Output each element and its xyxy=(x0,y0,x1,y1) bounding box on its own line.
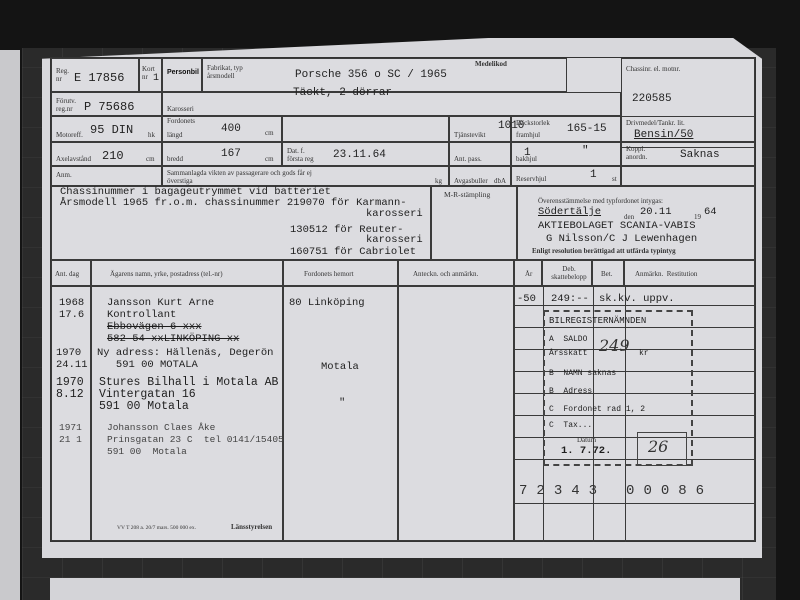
reg-nr-label: Reg. nr xyxy=(56,67,76,83)
tax-note: sk.kv. uppv. xyxy=(599,294,675,306)
anm-label: Anm. xyxy=(56,171,72,179)
col-header: Ägarens namn, yrke, postadress (tel.-nr) xyxy=(91,260,283,286)
header-anteckn: Anteckn. och anmärkn. xyxy=(413,270,478,278)
serial-digit: 7 xyxy=(519,483,527,499)
stamp-kr: kr xyxy=(639,348,649,360)
kort-nr-value: 1 xyxy=(153,73,159,84)
col-header: Anmärkn. Restitution xyxy=(624,260,755,286)
stamp-line: C Fordonet rad 1, 2 xyxy=(549,404,645,416)
axelavstand-cell: Axelavstånd 210 cm xyxy=(51,142,162,166)
certification-cell: Överensstämmelse med typfordonet intygas… xyxy=(517,186,755,260)
owner-postal: 591 00 Motala xyxy=(107,446,187,458)
col-body xyxy=(283,286,398,541)
col-header: Anteckn. och anmärkn. xyxy=(398,260,514,286)
stamp-date-label: Datum xyxy=(577,436,596,444)
owner-postal: 591 00 Motala xyxy=(99,401,189,413)
col-body xyxy=(51,286,91,541)
personbil-stamp: Personbil xyxy=(167,69,199,76)
next-card-edge xyxy=(50,578,740,600)
stamp-date: 1. 7.72. xyxy=(561,446,611,458)
remarks-cell: Chassinummer i bagageutrymmet vid batter… xyxy=(51,186,431,260)
avgasbuller-cell: Avgasbuller dbA xyxy=(449,166,511,186)
mr-stampling-label: M-R-stämpling xyxy=(444,191,490,199)
langd-value: 400 xyxy=(221,123,241,135)
fabrikat-value: Porsche 356 o SC / 1965 xyxy=(295,69,447,81)
karosseri-label: Karosseri xyxy=(167,105,194,113)
reservhjul-unit: st xyxy=(612,175,617,183)
certification-place: Södertälje xyxy=(538,207,601,219)
remark-line: karosseri xyxy=(366,209,423,221)
tax-year: -50 xyxy=(517,294,536,306)
bredd-cell: bredd 167 cm xyxy=(162,142,282,166)
col-header: Bet. xyxy=(592,260,624,286)
serial-digit: 8 xyxy=(678,483,686,499)
stamp-handwritten-amount: 249 xyxy=(599,336,630,355)
footer-print-info: VV T 208 a. 20/7 mars. 500 000 ex. xyxy=(117,524,196,532)
certification-signatories: G Nilsson/C J Lewenhagen xyxy=(546,234,697,246)
langd-cell: Fordonets längd 400 cm xyxy=(162,116,282,142)
samman-label: Sammanlagda vikten av passagerare och go… xyxy=(167,169,327,185)
blank-cell xyxy=(282,116,449,142)
forutv-value: P 75686 xyxy=(84,100,134,114)
stamp-signature: 26 xyxy=(648,437,668,456)
remark-line: 160751 för Cabriolet xyxy=(290,247,416,259)
owner-postal: 591 00 MOTALA xyxy=(97,360,198,372)
chassi-label: Chassinr. el. motnr. xyxy=(626,65,680,73)
motoreff-cell: Motoreff. 95 DIN hk xyxy=(51,116,162,142)
header-anmarkn-restitution: Anmärkn. Restitution xyxy=(635,270,697,278)
koppl-value: Saknas xyxy=(680,149,720,161)
serial-digit: 2 xyxy=(536,483,544,499)
fabrikat-label: Fabrikat, typ årsmodell xyxy=(207,64,251,80)
owner-occupation: Kontrollant xyxy=(107,310,176,322)
chassi-value: 220585 xyxy=(632,93,672,105)
bakhjul-cell: bakhjul " xyxy=(511,142,621,166)
owner-street: Vintergatan 16 xyxy=(99,389,196,401)
adjacent-paper xyxy=(0,50,20,600)
row-date-year: 1970 xyxy=(56,377,84,389)
serial-digit: 0 xyxy=(626,483,634,499)
reg-nr-cell: Reg. nr E 17856 xyxy=(51,58,139,92)
registration-card: Reg. nr E 17856 Kort nr 1 Personbil Fabr… xyxy=(50,57,756,542)
karosseri-value: Täckt, 2 dörrar xyxy=(293,87,392,99)
stamp-line: A SALDO xyxy=(549,334,587,346)
tjanstevikt-value-wrap: 1010 kg xyxy=(446,116,516,142)
header-bet: Bet. xyxy=(601,270,612,278)
owner-name: Johansson Claes Åke xyxy=(107,422,215,434)
drivmedel-cell: Drivmedel/Tankr. lit. Bensin/50 xyxy=(621,116,755,142)
serial-digit: 6 xyxy=(696,483,704,499)
dack-label: Däckstorlek xyxy=(516,119,550,127)
owner-name: Jansson Kurt Arne xyxy=(107,298,214,310)
bredd-value: 167 xyxy=(221,148,241,160)
header-skattebelopp: Deb. skattebelopp xyxy=(547,265,591,281)
certification-company: AKTIEBOLAGET SCANIA-VABIS xyxy=(538,221,696,233)
certification-label: Överensstämmelse med typfordonet intygas… xyxy=(538,197,663,205)
bakhjul-value: " xyxy=(582,145,589,157)
axelavstand-label: Axelavstånd xyxy=(56,155,91,163)
koppl-label: Koppl. anordn. xyxy=(626,145,656,161)
remark-line: Årsmodell 1965 fr.o.m. chassinummer 2190… xyxy=(60,198,407,210)
forutv-cell: Förutv. reg.nr P 75686 xyxy=(51,92,162,116)
header-hemort: Fordonets hemort xyxy=(304,270,354,278)
dat-label: Dat. f. första reg xyxy=(287,147,321,163)
row-date-day: 17.6 xyxy=(59,310,84,322)
serial-digit: 4 xyxy=(571,483,579,499)
header-ant-dag: Ant. dag xyxy=(55,270,79,278)
reg-nr-value: E 17856 xyxy=(74,71,124,85)
drivmedel-value: Bensin/50 xyxy=(634,129,693,141)
kort-nr-cell: Kort nr 1 xyxy=(139,58,162,92)
serial-number: 7 2 3 4 3 0 0 0 8 6 xyxy=(519,483,704,499)
drivmedel-label: Drivmedel/Tankr. lit. xyxy=(626,119,685,127)
blank-right-cell xyxy=(621,166,755,186)
signature-box: 26 xyxy=(637,432,687,466)
anm-cell: Anm. xyxy=(51,166,162,186)
owner-address-change: Ny adress: Hällenäs, Degerön xyxy=(97,348,273,360)
ant-pass-cell: Ant. pass. 1 xyxy=(449,142,511,166)
col-header: Deb. skattebelopp xyxy=(542,260,592,286)
reservhjul-label: Reservhjul xyxy=(516,175,546,183)
framhjul-value: 165-15 xyxy=(567,123,607,135)
bredd-unit: cm xyxy=(265,155,274,163)
serial-digit: 3 xyxy=(554,483,562,499)
stamp-line: C Tax... xyxy=(549,420,592,432)
avgasbuller-label: Avgasbuller xyxy=(454,177,488,185)
mr-stampling-cell: M-R-stämpling xyxy=(431,186,517,260)
samman-cell: Sammanlagda vikten av passagerare och go… xyxy=(162,166,449,186)
tax-amount: 249:-- xyxy=(551,294,589,306)
bredd-label: bredd xyxy=(167,155,183,163)
certification-year: 64 xyxy=(704,207,717,219)
ant-pass-label: Ant. pass. xyxy=(454,155,482,163)
reservhjul-value: 1 xyxy=(590,169,597,181)
row-date-day: 24.11 xyxy=(56,360,88,372)
avgasbuller-unit: dbA xyxy=(494,177,506,185)
row-hemort: " xyxy=(339,398,345,410)
certification-date: 20.11 xyxy=(640,207,672,219)
medelikod-label: Medelikod xyxy=(475,60,507,68)
bakhjul-label: bakhjul xyxy=(516,155,537,163)
row-date-day: 8.12 xyxy=(56,389,84,401)
certification-footnote: Enligt resolution berättigad att utfärda… xyxy=(532,247,676,255)
axelavstand-value: 210 xyxy=(102,149,124,163)
koppl-cell: Koppl. anordn. Saknas xyxy=(621,142,755,166)
motoreff-label: Motoreff. xyxy=(56,131,83,139)
remark-line: karosseri xyxy=(366,235,423,247)
axelavstand-unit: cm xyxy=(146,155,155,163)
motoreff-unit: hk xyxy=(148,131,155,139)
header-ar: År xyxy=(525,270,532,278)
stamp-line: Årsskatt xyxy=(549,348,587,360)
dat-value: 23.11.64 xyxy=(333,149,386,161)
forutv-label: Förutv. reg.nr xyxy=(56,97,86,113)
row-date-year: 1971 xyxy=(59,422,82,434)
col-header: Ant. dag xyxy=(51,260,91,286)
row-hemort: Motala xyxy=(321,362,359,374)
footer-authority: Länsstyrelsen xyxy=(231,523,272,531)
langd-unit: cm xyxy=(265,129,274,137)
owner-name: Stures Bilhall i Motala AB xyxy=(99,377,278,389)
samman-unit: kg xyxy=(435,177,442,185)
row-date-day: 21 1 xyxy=(59,434,82,446)
dack-cell: Däckstorlek framhjul 165-15 xyxy=(511,116,621,142)
stamp-title: BILREGISTERNÄMNDEN xyxy=(549,316,646,328)
row-date-year: 1970 xyxy=(56,348,81,360)
fordonets-label: Fordonets xyxy=(167,117,195,125)
framhjul-label: framhjul xyxy=(516,131,540,139)
struck-postal: 582 54 xxLINKÖPING xx xyxy=(107,334,239,346)
header-agarens-namn: Ägarens namn, yrke, postadress (tel.-nr) xyxy=(110,270,223,278)
serial-digit: 0 xyxy=(661,483,669,499)
struck-address: Ebbovägen 6 xxx xyxy=(107,322,202,334)
owner-street-phone: Prinsgatan 23 C tel 0141/15405 xyxy=(107,434,284,446)
dat-cell: Dat. f. första reg 23.11.64 xyxy=(282,142,449,166)
bilregister-stamp: BILREGISTERNÄMNDEN A SALDO Årsskatt 249 … xyxy=(543,310,693,466)
langd-label: längd xyxy=(167,131,183,139)
karosseri-cell: Karosseri Täckt, 2 dörrar xyxy=(162,92,621,116)
col-body xyxy=(398,286,514,541)
serial-digit: 3 xyxy=(589,483,597,499)
stamp-line: B Adress xyxy=(549,386,592,398)
category-stamp-cell: Personbil xyxy=(162,58,202,92)
motoreff-value: 95 DIN xyxy=(90,123,133,137)
col-header: År xyxy=(514,260,542,286)
row-date-year: 1968 xyxy=(59,298,84,310)
stamp-line: B NAMN saknas xyxy=(549,368,616,380)
reservhjul-cell: Reservhjul 1 st xyxy=(511,166,621,186)
col-header: Fordonets hemort xyxy=(283,260,398,286)
serial-digit: 0 xyxy=(643,483,651,499)
row-hemort: 80 Linköping xyxy=(289,298,365,310)
